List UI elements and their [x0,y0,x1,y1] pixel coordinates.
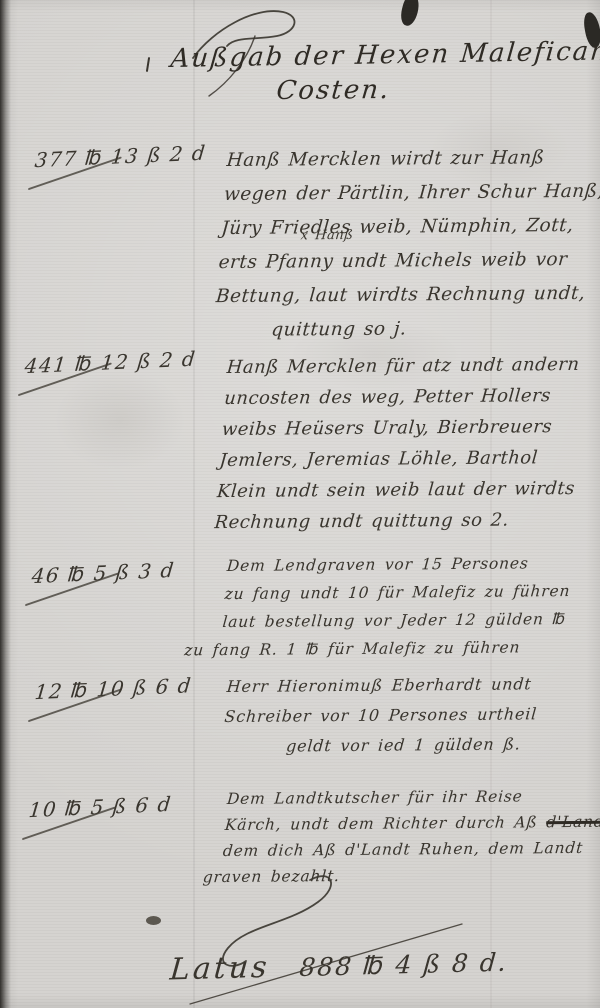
entry-2-amount: 441 ℔ 12 ß 2 d [24,347,198,379]
text-line: Herr Hieronimuß Eberhardt undt [226,669,541,702]
struck-through-word: d'Landt [546,813,600,832]
text-line: zu fang undt 10 für Malefiz zu führen [224,577,572,608]
entry-1-text: Hanß Mercklen wirdt zur Hanß wegen der P… [212,141,600,348]
text-line: wegen der Pärtlin, Ihrer Schur Hanß, [223,175,600,212]
entry-4-amount: 12 ℔ 10 ß 6 d [34,673,194,704]
text-line: Jemlers, Jeremias Löhle, Barthol [218,442,578,476]
entry-3-text: Dem Lendgraven vor 15 Persones zu fang u… [219,549,573,664]
text-line: Dem Landtkutscher für ihr Reise [226,783,600,812]
entry-4-text: Herr Hieronimuß Eberhardt undt Schreiber… [221,669,541,762]
text-line: Jüry Friedles weib, Nümphin, Zott, [220,209,600,246]
entry-3-amount: 46 ℔ 5 ß 3 d [31,558,176,588]
ink-flourish-bottom [150,868,510,1008]
text-line: Hanß Mercklen für atz undt andern [226,349,586,383]
entry-5-amount: 10 ℔ 5 ß 6 d [28,792,173,822]
text-line: Schreiber vor 10 Persones urtheil [223,699,538,732]
text-line: dem dich Aß d'Landt Ruhen, dem Landt [222,835,600,864]
text-line: laut bestellung vor Jeder 12 gülden ℔ [221,605,569,636]
entry-2-text: Hanß Mercklen für atz undt andern uncost… [213,349,586,538]
paper-stain [55,370,185,470]
margin-tick-mark [146,57,150,72]
text-line: weibs Heüsers Uraly, Bierbreuers [221,411,581,445]
total-amount: 888 ℔ 4 ß 8 d. [298,948,509,983]
text-line: Kärch, undt dem Richter durch Aß d'Landt [224,809,600,838]
text-line: erts Pfanny undt Michels weib vor [217,243,600,280]
text-line-part: Kärch, undt dem Richter durch Aß [224,813,538,834]
text-line: Klein undt sein weib laut der wirdts [216,473,576,507]
interlinear-insertion: x Hanß [300,229,354,242]
text-line: quittung so j. [270,311,595,348]
latus-label: Latus [169,950,271,988]
manuscript-page: Außgab der Hexen Maleficanten Costen. 37… [0,0,600,1008]
text-line: zu fang R. 1 ℔ für Malefiz zu führen [183,633,567,664]
text-line: Hanß Mercklen wirdt zur Hanß [225,141,600,178]
text-line: geldt vor ied 1 gülden ß. [285,729,536,761]
text-line: uncosten des weg, Petter Hollers [223,380,583,414]
text-line: Bettung, laut wirdts Rechnung undt, [215,277,598,314]
text-line: Rechnung undt quittung so 2. [213,504,573,538]
ink-speck-top-left [398,0,421,27]
text-line: Dem Lendgraven vor 15 Persones [226,549,574,580]
page-heading-line2: Costen. [275,75,392,106]
entry-1-amount: 377 ℔ 13 ß 2 d [34,141,208,173]
binding-gutter-shadow [0,0,11,1008]
